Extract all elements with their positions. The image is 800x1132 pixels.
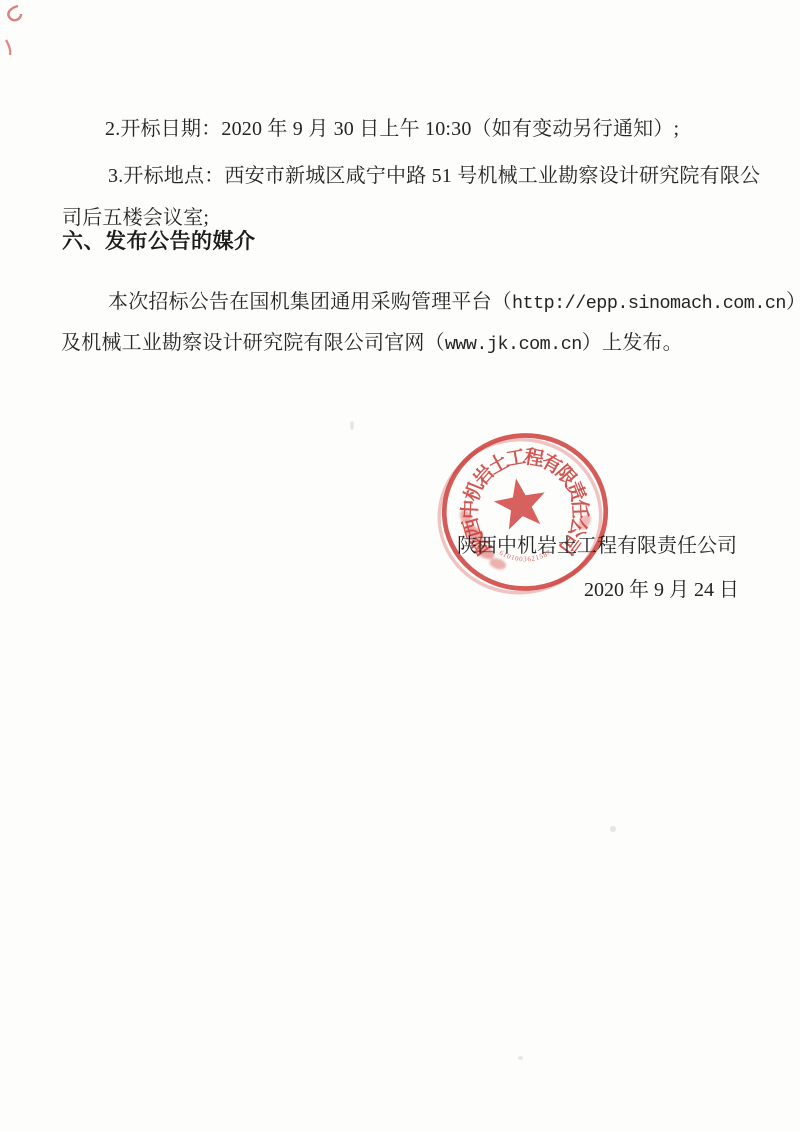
signature-date: 2020 年 9 月 24 日 bbox=[584, 573, 739, 602]
media-paragraph-line-1: 本次招标公告在国机集团通用采购管理平台（http://epp.sinomach.… bbox=[108, 289, 800, 317]
media-paragraph-line-2: 及机械工业勘察设计研究院有限公司官网（www.jk.com.cn）上发布。 bbox=[61, 330, 683, 358]
jk-website-url: www.jk.com.cn bbox=[445, 334, 582, 355]
media-line-2-closing: ）上发布。 bbox=[582, 332, 683, 354]
media-line-2-text: 及机械工业勘察设计研究院有限公司官网（ bbox=[61, 332, 445, 354]
scanned-document-page: 2.开标日期：2020 年 9 月 30 日上午 10:30（如有变动另行通知）… bbox=[0, 0, 800, 1132]
scan-speck bbox=[518, 1056, 523, 1060]
media-line-1-closing: ） bbox=[786, 291, 800, 313]
clause-3-bid-opening-place-line-1: 3.开标地点：西安市新城区咸宁中路 51 号机械工业勘察设计研究院有限公 bbox=[108, 163, 760, 189]
signature-company-name: 陕西中机岩土工程有限责任公司 bbox=[457, 529, 737, 558]
scan-speck bbox=[350, 421, 354, 430]
section-6-heading: 六、发布公告的媒介 bbox=[62, 228, 256, 255]
scan-red-corner-marks bbox=[2, 2, 28, 60]
sinomach-platform-url: http://epp.sinomach.com.cn bbox=[512, 293, 786, 314]
company-seal: 陕西中机岩土工程有限责任公司 6101003621587 bbox=[436, 427, 614, 597]
scan-speck bbox=[610, 826, 616, 832]
company-seal-graphic: 陕西中机岩土工程有限责任公司 6101003621587 bbox=[436, 427, 614, 597]
media-line-1-text: 本次招标公告在国机集团通用采购管理平台（ bbox=[108, 291, 512, 313]
clause-2-bid-opening-date: 2.开标日期：2020 年 9 月 30 日上午 10:30（如有变动另行通知）… bbox=[105, 116, 679, 142]
seal-star-icon bbox=[491, 474, 550, 531]
